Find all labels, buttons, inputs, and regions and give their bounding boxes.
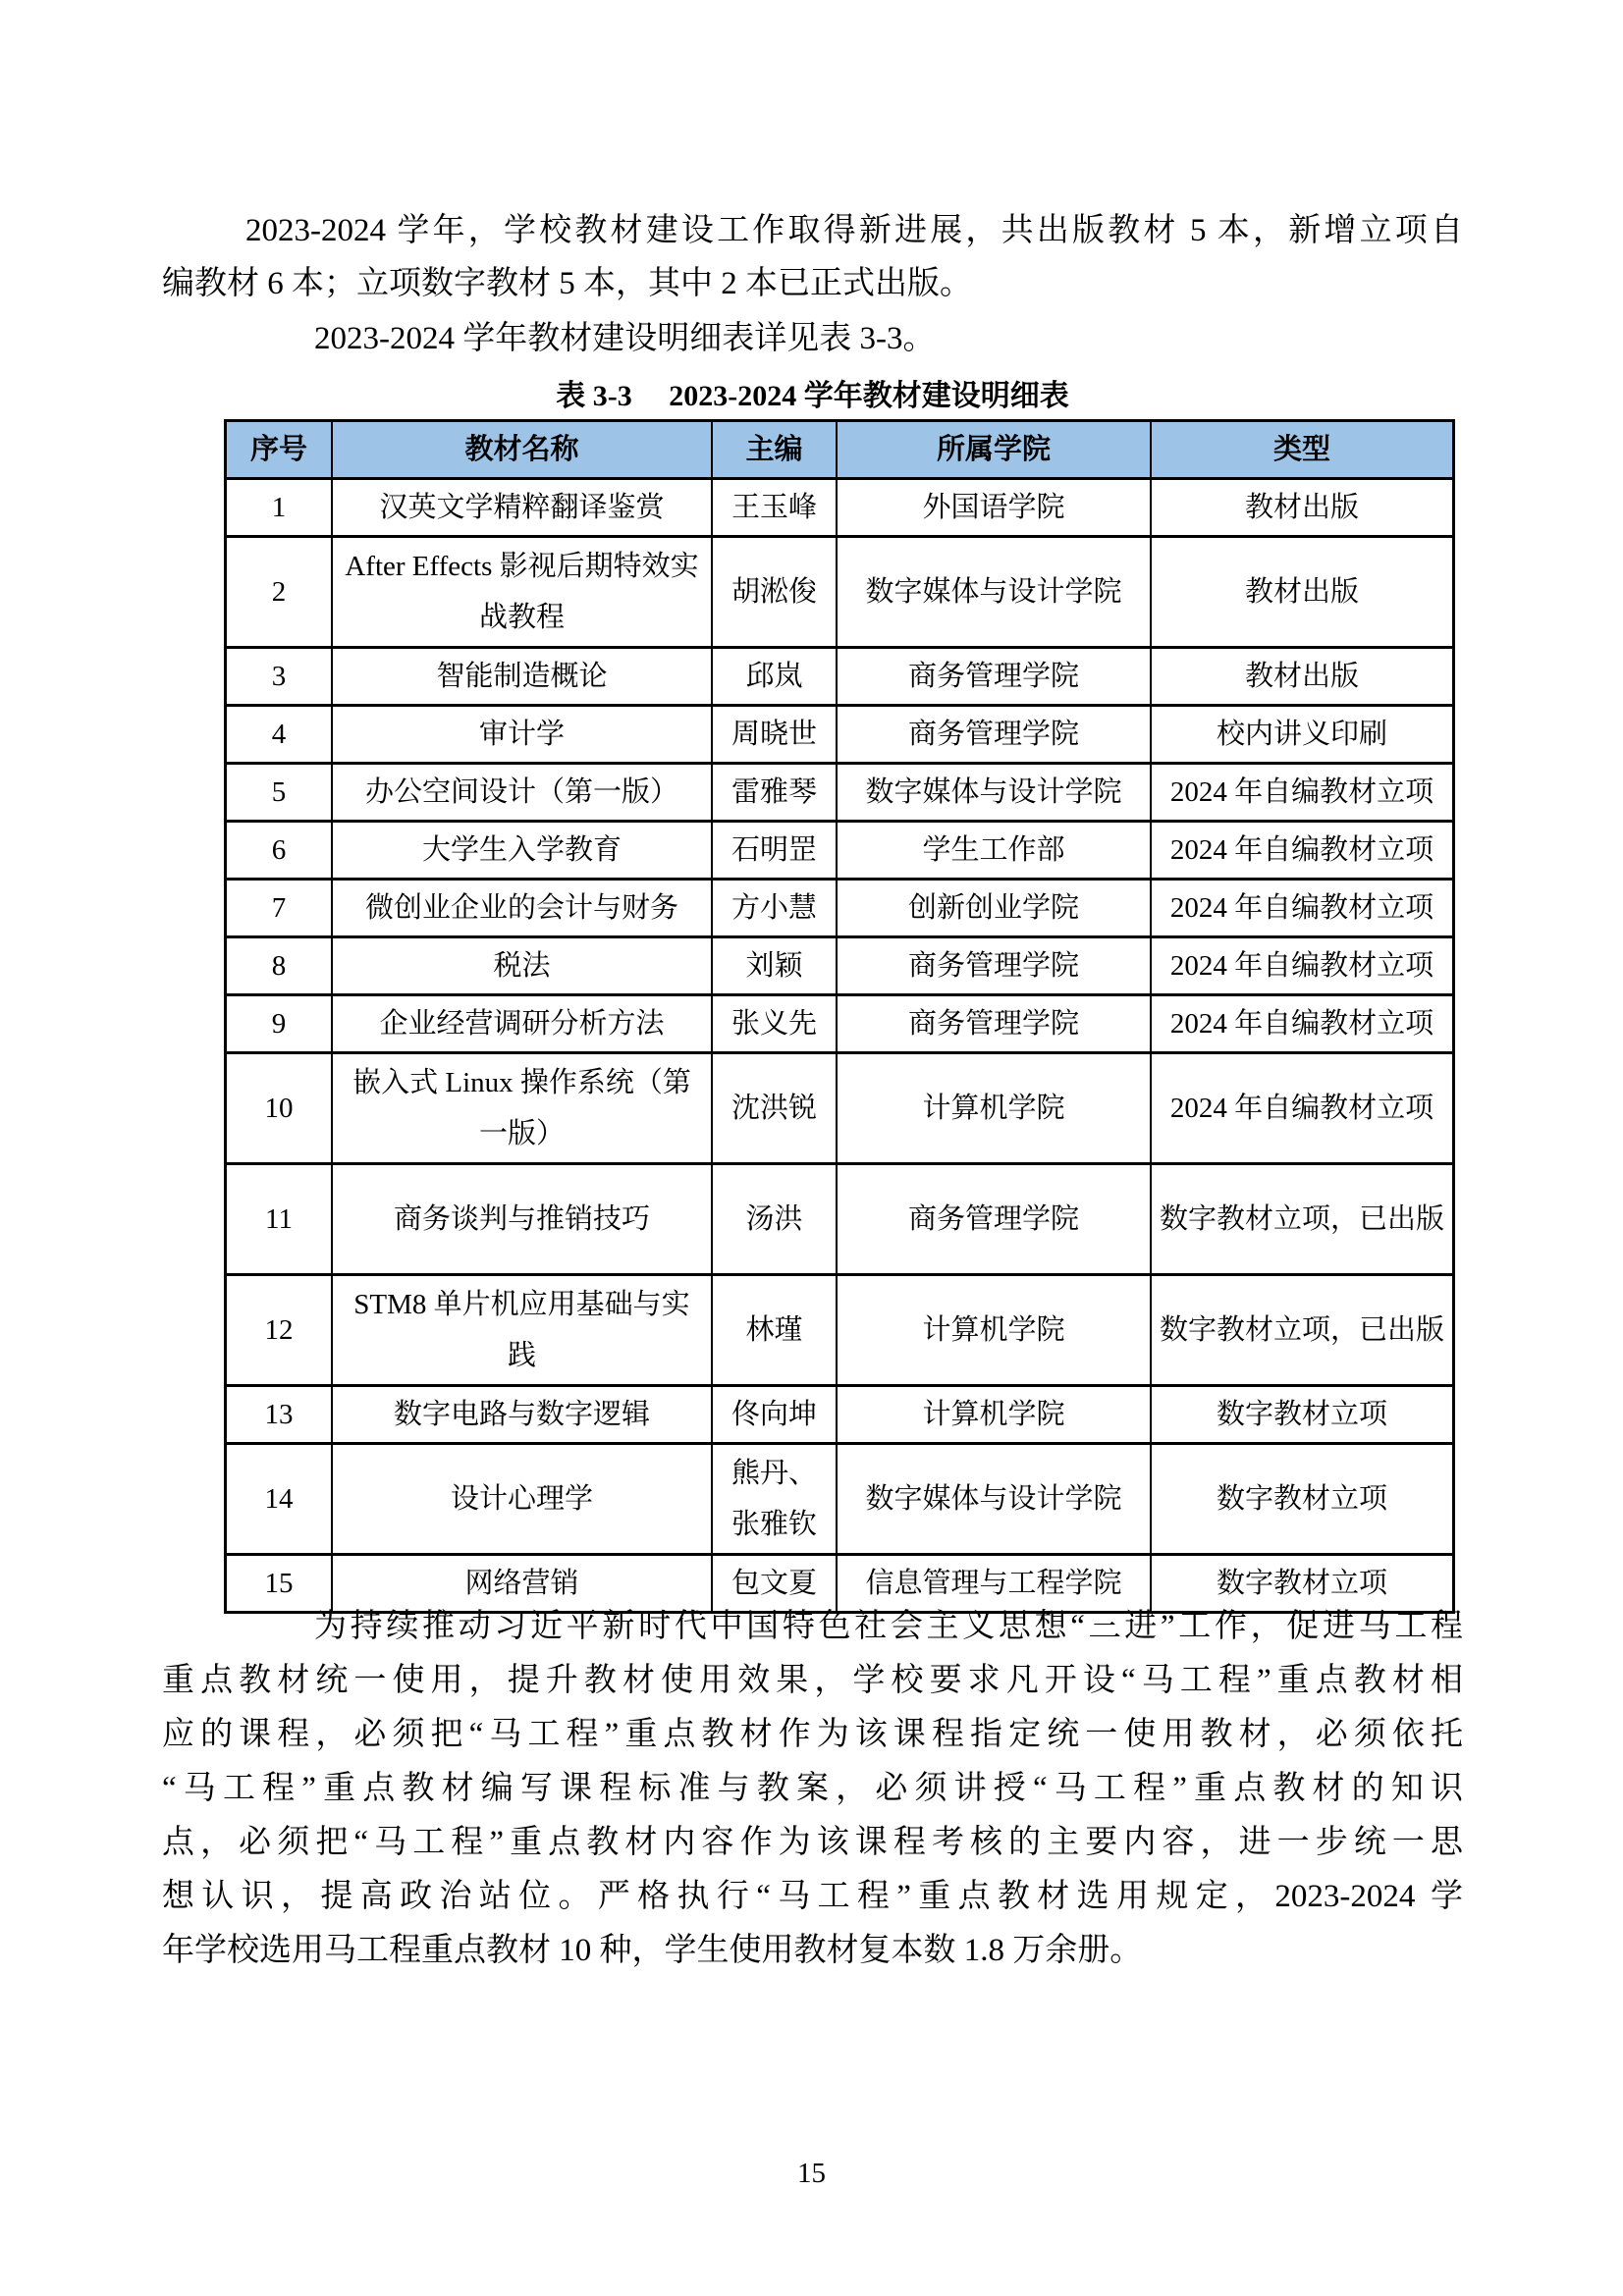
- cell-type: 数字教材立项: [1151, 1444, 1454, 1555]
- table-row: 7微创业企业的会计与财务方小慧创新创业学院2024 年自编教材立项: [226, 880, 1454, 937]
- cell-college: 创新创业学院: [837, 880, 1151, 937]
- cell-editor: 刘颖: [712, 937, 837, 995]
- cell-type: 2024 年自编教材立项: [1151, 764, 1454, 822]
- cell-college: 计算机学院: [837, 1275, 1151, 1386]
- cell-name: 税法: [332, 937, 712, 995]
- text-line: 点，必须把“马工程”重点教材内容作为该课程考核的主要内容，进一步统一思: [162, 1816, 1463, 1870]
- cell-college: 数字媒体与设计学院: [837, 764, 1151, 822]
- table-row: 14设计心理学熊丹、张雅钦数字媒体与设计学院数字教材立项: [226, 1444, 1454, 1555]
- cell-college: 商务管理学院: [837, 648, 1151, 706]
- cell-college: 商务管理学院: [837, 995, 1151, 1053]
- cell-college: 数字媒体与设计学院: [837, 1444, 1151, 1555]
- cell-editor: 沈洪锐: [712, 1053, 837, 1164]
- cell-name: 大学生入学教育: [332, 822, 712, 880]
- cell-type: 2024 年自编教材立项: [1151, 880, 1454, 937]
- cell-college: 商务管理学院: [837, 1164, 1151, 1275]
- text-line: “马工程”重点教材编写课程标准与教案，必须讲授“马工程”重点教材的知识: [162, 1762, 1463, 1816]
- cell-no: 14: [226, 1444, 333, 1555]
- cell-no: 9: [226, 995, 333, 1053]
- cell-editor: 林瑾: [712, 1275, 837, 1386]
- paragraph-table-reference: 2023-2024 学年教材建设明细表详见表 3-3。: [162, 312, 1463, 365]
- table-row: 2After Effects 影视后期特效实战教程胡淞俊数字媒体与设计学院教材出…: [226, 537, 1454, 648]
- textbook-construction-table: 序号教材名称主编所属学院类型 1汉英文学精粹翻译鉴赏王玉峰外国语学院教材出版2A…: [224, 419, 1455, 1614]
- cell-type: 教材出版: [1151, 648, 1454, 706]
- cell-name: 汉英文学精粹翻译鉴赏: [332, 479, 712, 537]
- cell-no: 4: [226, 706, 333, 764]
- cell-type: 2024 年自编教材立项: [1151, 995, 1454, 1053]
- cell-college: 计算机学院: [837, 1386, 1151, 1444]
- cell-no: 2: [226, 537, 333, 648]
- paragraph-ma-project: 为持续推动习近平新时代中国特色社会主义思想“三进”工作，促进马工程重点教材统一使…: [162, 1600, 1463, 1978]
- cell-editor: 邱岚: [712, 648, 837, 706]
- table-row: 5办公空间设计（第一版）雷雅琴数字媒体与设计学院2024 年自编教材立项: [226, 764, 1454, 822]
- cell-editor: 张义先: [712, 995, 837, 1053]
- table-row: 9企业经营调研分析方法张义先商务管理学院2024 年自编教材立项: [226, 995, 1454, 1053]
- text-line: 为持续推动习近平新时代中国特色社会主义思想“三进”工作，促进马工程: [162, 1600, 1463, 1654]
- cell-editor: 胡淞俊: [712, 537, 837, 648]
- cell-name: STM8 单片机应用基础与实践: [332, 1275, 712, 1386]
- text-line: 2023-2024 学年教材建设明细表详见表 3-3。: [162, 312, 1463, 365]
- cell-type: 教材出版: [1151, 537, 1454, 648]
- cell-editor: 佟向坤: [712, 1386, 837, 1444]
- cell-name: 办公空间设计（第一版）: [332, 764, 712, 822]
- cell-name: 企业经营调研分析方法: [332, 995, 712, 1053]
- column-header: 主编: [712, 421, 837, 479]
- cell-no: 6: [226, 822, 333, 880]
- page-number: 15: [0, 2156, 1623, 2191]
- cell-college: 商务管理学院: [837, 937, 1151, 995]
- column-header: 所属学院: [837, 421, 1151, 479]
- cell-no: 7: [226, 880, 333, 937]
- table-row: 1汉英文学精粹翻译鉴赏王玉峰外国语学院教材出版: [226, 479, 1454, 537]
- cell-type: 校内讲义印刷: [1151, 706, 1454, 764]
- cell-editor: 雷雅琴: [712, 764, 837, 822]
- cell-name: 商务谈判与推销技巧: [332, 1164, 712, 1275]
- text-line: 重点教材统一使用，提升教材使用效果，学校要求凡开设“马工程”重点教材相: [162, 1654, 1463, 1708]
- cell-name: 微创业企业的会计与财务: [332, 880, 712, 937]
- table-row: 4审计学周晓世商务管理学院校内讲义印刷: [226, 706, 1454, 764]
- cell-name: After Effects 影视后期特效实战教程: [332, 537, 712, 648]
- cell-editor: 王玉峰: [712, 479, 837, 537]
- cell-college: 商务管理学院: [837, 706, 1151, 764]
- document-page: 2023-2024 学年，学校教材建设工作取得新进展，共出版教材 5 本，新增立…: [0, 0, 1623, 2296]
- cell-college: 数字媒体与设计学院: [837, 537, 1151, 648]
- cell-name: 智能制造概论: [332, 648, 712, 706]
- cell-type: 数字教材立项: [1151, 1386, 1454, 1444]
- cell-no: 1: [226, 479, 333, 537]
- text-line: 想认识，提高政治站位。严格执行“马工程”重点教材选用规定，2023-2024 学: [162, 1870, 1463, 1924]
- table-body: 1汉英文学精粹翻译鉴赏王玉峰外国语学院教材出版2After Effects 影视…: [226, 479, 1454, 1613]
- cell-editor: 石明罡: [712, 822, 837, 880]
- cell-college: 外国语学院: [837, 479, 1151, 537]
- cell-name: 审计学: [332, 706, 712, 764]
- table-row: 6大学生入学教育石明罡学生工作部2024 年自编教材立项: [226, 822, 1454, 880]
- cell-no: 3: [226, 648, 333, 706]
- table-row: 10嵌入式 Linux 操作系统（第一版）沈洪锐计算机学院2024 年自编教材立…: [226, 1053, 1454, 1164]
- cell-type: 数字教材立项，已出版: [1151, 1164, 1454, 1275]
- cell-name: 数字电路与数字逻辑: [332, 1386, 712, 1444]
- cell-editor: 熊丹、张雅钦: [712, 1444, 837, 1555]
- cell-type: 2024 年自编教材立项: [1151, 1053, 1454, 1164]
- cell-type: 数字教材立项，已出版: [1151, 1275, 1454, 1386]
- cell-editor: 汤洪: [712, 1164, 837, 1275]
- table-row: 12STM8 单片机应用基础与实践林瑾计算机学院数字教材立项，已出版: [226, 1275, 1454, 1386]
- text-line: 编教材 6 本；立项数字教材 5 本，其中 2 本已正式出版。: [162, 257, 1463, 310]
- cell-no: 12: [226, 1275, 333, 1386]
- column-header: 序号: [226, 421, 333, 479]
- column-header: 类型: [1151, 421, 1454, 479]
- text-line: 年学校选用马工程重点教材 10 种，学生使用教材复本数 1.8 万余册。: [162, 1924, 1463, 1978]
- table-caption: 表 3-3 2023-2024 学年教材建设明细表: [162, 377, 1463, 416]
- table-row: 8税法刘颖商务管理学院2024 年自编教材立项: [226, 937, 1454, 995]
- cell-editor: 周晓世: [712, 706, 837, 764]
- table-row: 13数字电路与数字逻辑佟向坤计算机学院数字教材立项: [226, 1386, 1454, 1444]
- cell-college: 学生工作部: [837, 822, 1151, 880]
- cell-editor: 方小慧: [712, 880, 837, 937]
- text-line: 应的课程，必须把“马工程”重点教材作为该课程指定统一使用教材，必须依托: [162, 1708, 1463, 1762]
- cell-no: 10: [226, 1053, 333, 1164]
- cell-name: 嵌入式 Linux 操作系统（第一版）: [332, 1053, 712, 1164]
- cell-no: 8: [226, 937, 333, 995]
- cell-type: 教材出版: [1151, 479, 1454, 537]
- cell-no: 11: [226, 1164, 333, 1275]
- cell-type: 2024 年自编教材立项: [1151, 822, 1454, 880]
- text-line: 2023-2024 学年，学校教材建设工作取得新进展，共出版教材 5 本，新增立…: [162, 204, 1463, 257]
- paragraph-textbook-progress: 2023-2024 学年，学校教材建设工作取得新进展，共出版教材 5 本，新增立…: [162, 204, 1463, 310]
- cell-name: 设计心理学: [332, 1444, 712, 1555]
- column-header: 教材名称: [332, 421, 712, 479]
- cell-no: 13: [226, 1386, 333, 1444]
- cell-no: 5: [226, 764, 333, 822]
- table-header-row: 序号教材名称主编所属学院类型: [226, 421, 1454, 479]
- table-row: 11商务谈判与推销技巧汤洪商务管理学院数字教材立项，已出版: [226, 1164, 1454, 1275]
- cell-college: 计算机学院: [837, 1053, 1151, 1164]
- table-row: 3智能制造概论邱岚商务管理学院教材出版: [226, 648, 1454, 706]
- cell-type: 2024 年自编教材立项: [1151, 937, 1454, 995]
